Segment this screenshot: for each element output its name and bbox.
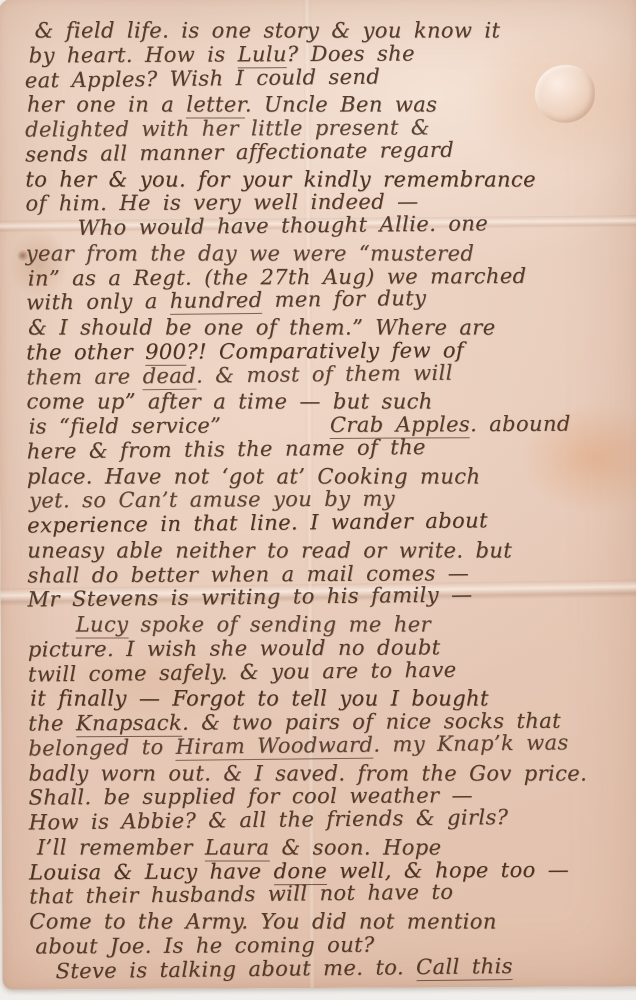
letter-line: place. Have not ‘got at’ Cooking much (27, 464, 636, 489)
letter-line: year from the day we were “mustered (26, 241, 636, 266)
handwritten-text-block: & field life. is one story & you know it… (25, 15, 636, 983)
underlined-word: letter (186, 93, 245, 119)
underlined-word: 900 (145, 339, 186, 365)
letter-line: badly worn out. & I saved. from the Gov … (28, 761, 636, 786)
underlined-word: Lulu (238, 42, 287, 68)
underlined-word: Lucy (76, 613, 129, 639)
underlined-word: hundred (170, 288, 263, 315)
underlined-word: Knapsack (76, 711, 182, 738)
underlined-word: Call this (416, 954, 513, 981)
letter-line: uneasy able neither to read or write. bu… (27, 538, 636, 563)
letter-line: Mr Stevens is writing to his family — (27, 581, 636, 613)
letter-line: & field life. is one story & you know it (25, 19, 636, 44)
letter-line: come up” after a time — but such (27, 390, 636, 415)
letter-line: that their husbands will not have to (29, 878, 636, 910)
letter-line: Come to the Army. You did not mention (29, 910, 636, 935)
underlined-word: dead (142, 363, 196, 390)
letter-paper-page: & field life. is one story & you know it… (0, 0, 636, 990)
underlined-word: Hiram Woodward (176, 732, 374, 760)
letter-line: to her & you. for your kindly remembranc… (25, 167, 636, 192)
letter-line: Lucy spoke of sending me her (28, 613, 636, 638)
letter-line: it finally — Forgot to tell you I bought (28, 687, 636, 712)
underlined-word: Laura (205, 835, 270, 861)
letter-line: I’ll remember Laura & soon. Hope (29, 835, 636, 860)
scan-canvas: & field life. is one story & you know it… (0, 0, 636, 1000)
letter-line: with only a hundred men for duty (26, 284, 636, 316)
letter-line: her one in a letter. Uncle Ben was (25, 93, 636, 118)
letter-line: & I should be one of them.” Where are (26, 316, 636, 341)
